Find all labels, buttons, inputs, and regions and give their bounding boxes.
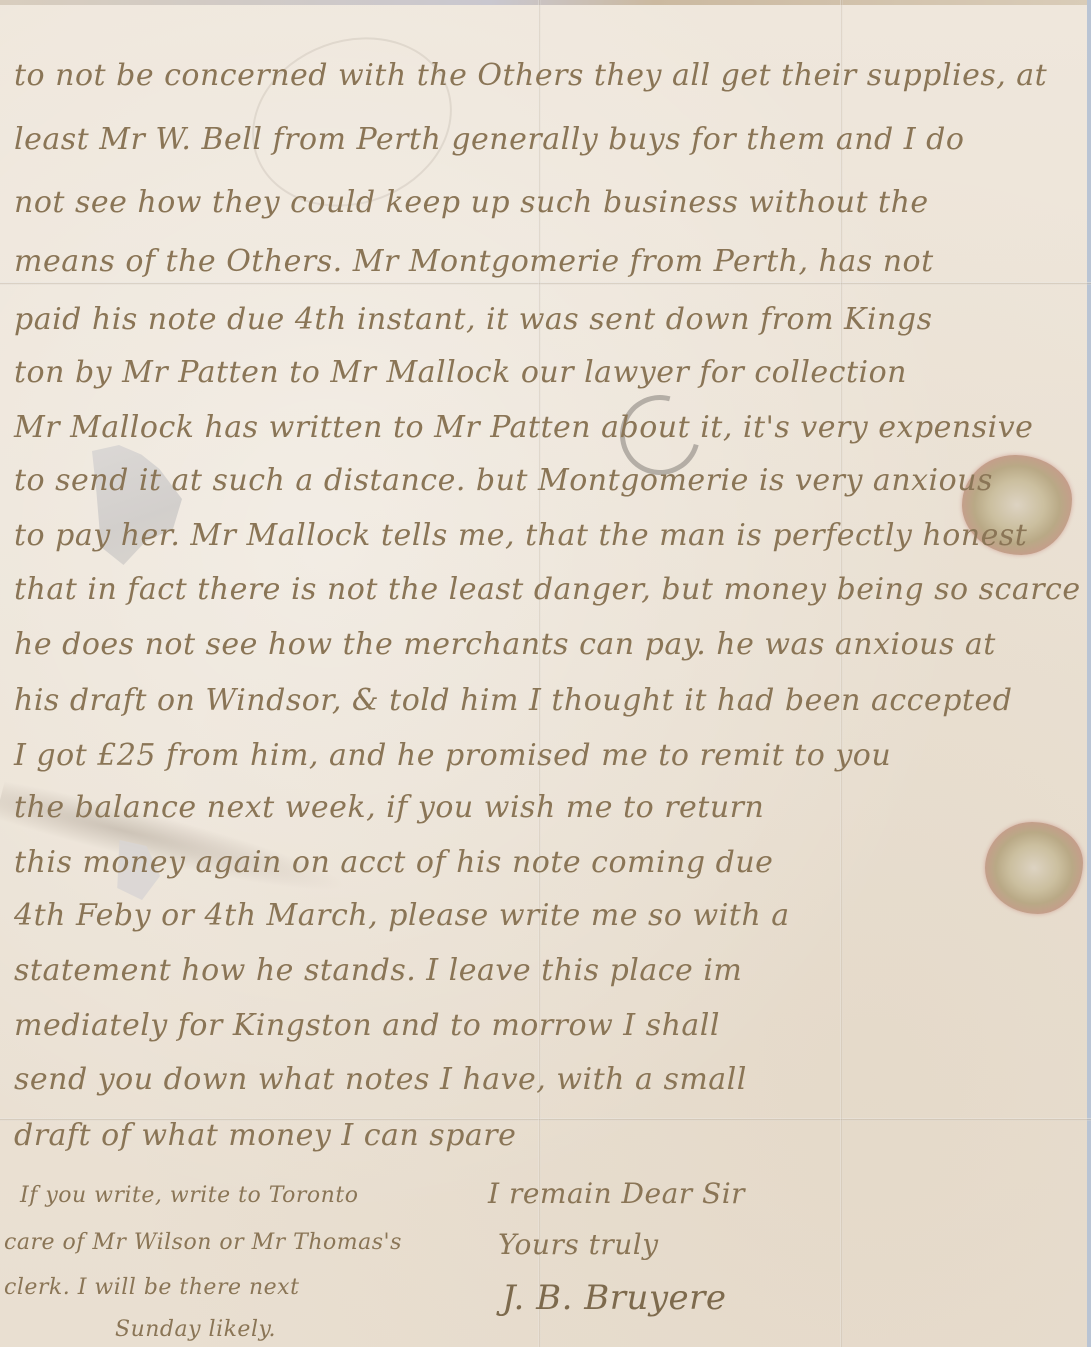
closing-line: Yours truly (498, 1228, 659, 1261)
body-line: his draft on Windsor, & told him I thoug… (14, 683, 1012, 718)
body-line: ton by Mr Patten to Mr Mallock our lawye… (14, 355, 907, 390)
postscript-line: If you write, write to Toronto (20, 1183, 358, 1208)
body-line: the balance next week, if you wish me to… (14, 790, 764, 825)
body-line: send you down what notes I have, with a … (14, 1062, 747, 1097)
signature: J. B. Bruyere (502, 1278, 727, 1318)
body-line: statement how he stands. I leave this pl… (14, 953, 742, 988)
body-line: that in fact there is not the least dang… (14, 572, 1081, 607)
body-line: Mr Mallock has written to Mr Patten abou… (14, 410, 1033, 445)
body-line: this money again on acct of his note com… (14, 845, 773, 880)
postscript-line: care of Mr Wilson or Mr Thomas's (4, 1230, 402, 1255)
body-line: to pay her. Mr Mallock tells me, that th… (14, 518, 1027, 553)
closing-line: I remain Dear Sir (488, 1177, 745, 1210)
body-line: to not be concerned with the Others they… (14, 58, 1047, 93)
body-line: means of the Others. Mr Montgomerie from… (14, 244, 934, 279)
body-line: draft of what money I can spare (14, 1118, 516, 1153)
postscript-line: Sunday likely. (115, 1317, 276, 1342)
letter-body: to not be concerned with the Others they… (0, 0, 1091, 1347)
body-line: to send it at such a distance. but Montg… (14, 463, 993, 498)
postscript-line: clerk. I will be there next (4, 1275, 299, 1300)
body-line: least Mr W. Bell from Perth generally bu… (14, 122, 964, 157)
body-line: he does not see how the merchants can pa… (14, 627, 996, 662)
body-line: not see how they could keep up such busi… (14, 185, 929, 220)
body-line: mediately for Kingston and to morrow I s… (14, 1008, 720, 1043)
letter-page: to not be concerned with the Others they… (0, 0, 1091, 1347)
body-line: paid his note due 4th instant, it was se… (14, 302, 932, 337)
body-line: 4th Feby or 4th March, please write me s… (14, 898, 790, 933)
body-line: I got £25 from him, and he promised me t… (14, 738, 891, 773)
